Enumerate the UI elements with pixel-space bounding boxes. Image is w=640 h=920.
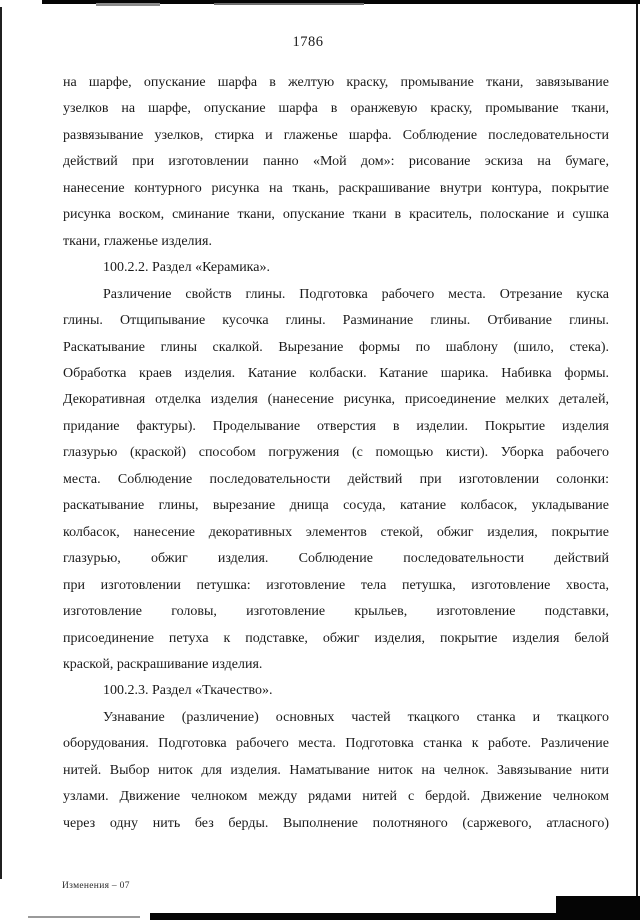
text-line: изготовление головы, изготовление крылье… <box>63 599 609 625</box>
text-line: придание фактуры). Проделывание отверсти… <box>63 414 609 440</box>
paragraph: 100.2.2. Раздел «Керамика». <box>63 255 609 281</box>
scan-artifact-left-edge <box>0 7 2 879</box>
text-line: на шарфе, опускание шарфа в желтую краск… <box>63 70 609 96</box>
text-line: действий при изготовлении панно «Мой дом… <box>63 149 609 175</box>
section-heading: 100.2.3. Раздел «Ткачество». <box>63 678 609 704</box>
scan-artifact-right-edge <box>636 4 638 916</box>
text-line: Различение свойств глины. Подготовка раб… <box>63 282 609 308</box>
scan-artifact-top-smudge <box>214 3 364 5</box>
text-line: присоединение петуха к подставке, обжиг … <box>63 626 609 652</box>
text-line: развязывание узелков, стирка и глаженье … <box>63 123 609 149</box>
text-line: места. Соблюдение последовательности дей… <box>63 467 609 493</box>
text-line: Раскатывание глины скалкой. Вырезание фо… <box>63 335 609 361</box>
section-heading: 100.2.2. Раздел «Керамика». <box>63 255 609 281</box>
text-line: раскатывание глины, вырезание днища сосу… <box>63 493 609 519</box>
text-line: оборудования. Подготовка рабочего места.… <box>63 731 609 757</box>
text-line: краской, раскрашивание изделия. <box>63 652 609 678</box>
scan-artifact-bottom-smudge <box>28 916 140 918</box>
text-line: нанесение контурного рисунка на ткань, р… <box>63 176 609 202</box>
footer-note: Изменения – 07 <box>62 881 130 891</box>
text-line: глины. Отщипывание кусочка глины. Размин… <box>63 308 609 334</box>
text-line: узелков на шарфе, опускание шарфа в оран… <box>63 96 609 122</box>
body-text: на шарфе, опускание шарфа в желтую краск… <box>63 70 609 837</box>
text-line: узлами. Движение челноком между рядами н… <box>63 784 609 810</box>
text-line: Обработка краев изделия. Катание колбаск… <box>63 361 609 387</box>
text-line: колбасок, нанесение декоративных элемент… <box>63 520 609 546</box>
text-line: нитей. Выбор ниток для изделия. Наматыва… <box>63 758 609 784</box>
text-line: ткани, глаженье изделия. <box>63 229 609 255</box>
text-line: при изготовлении петушка: изготовление т… <box>63 573 609 599</box>
paragraph: на шарфе, опускание шарфа в желтую краск… <box>63 70 609 255</box>
text-line: через одну нить без берды. Выполнение по… <box>63 811 609 837</box>
paragraph: Различение свойств глины. Подготовка раб… <box>63 282 609 679</box>
text-line: рисунка воском, сминание ткани, опускани… <box>63 202 609 228</box>
scan-artifact-top-smudge <box>96 3 160 6</box>
paragraph: Узнавание (различение) основных частей т… <box>63 705 609 837</box>
text-line: глазурью, обжиг изделия. Соблюдение посл… <box>63 546 609 572</box>
text-line: глазурью (краской) способом погружения (… <box>63 440 609 466</box>
page-number: 1786 <box>63 34 553 51</box>
text-line: Декоративная отделка изделия (нанесение … <box>63 387 609 413</box>
scan-artifact-corner-blob <box>556 896 640 920</box>
paragraph: 100.2.3. Раздел «Ткачество». <box>63 678 609 704</box>
text-line: Узнавание (различение) основных частей т… <box>63 705 609 731</box>
document-page: 1786 на шарфе, опускание шарфа в желтую … <box>0 0 640 920</box>
